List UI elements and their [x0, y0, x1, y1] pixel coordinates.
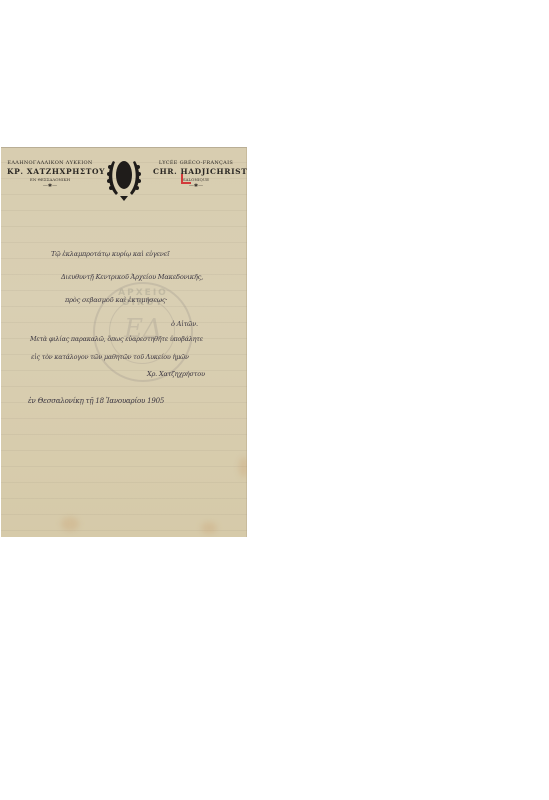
- handwritten-line-3: πρὸς σεβασμοῦ καὶ ἐκτιμήσεως·: [65, 296, 167, 304]
- handwritten-line-4: ὁ Αἰτῶν.: [171, 320, 198, 328]
- paper-stain: [239, 457, 247, 477]
- ornament-icon: —✱—: [153, 183, 239, 190]
- signature: Χρ. Χατζηχρήστου: [147, 370, 205, 378]
- letterhead-greek: ΕΛΛΗΝΟΓΑΛΛΙΚΟΝ ΛΥΚΕΙΟΝ ΚΡ. ΧΑΤΖΗΧΡΗΣΤΟΥ …: [7, 160, 93, 190]
- paper-stain: [201, 522, 217, 534]
- letterhead-french: LYCÉE GRÉCO-FRANÇAIS CHR. HADJICHRISTOU …: [153, 160, 239, 190]
- laurel-wreath-crest-icon: [104, 153, 144, 203]
- red-pencil-mark: [181, 174, 191, 184]
- letterhead-french-line1: LYCÉE GRÉCO-FRANÇAIS: [153, 160, 239, 167]
- date-line: ἐν Θεσσαλονίκῃ τῇ 18 Ἰανουαρίου 1905: [28, 397, 164, 405]
- letter-page: ΕΛΛΗΝΟΓΑΛΛΙΚΟΝ ΛΥΚΕΙΟΝ ΚΡ. ΧΑΤΖΗΧΡΗΣΤΟΥ …: [1, 147, 247, 537]
- letterhead-greek-name: ΚΡ. ΧΑΤΖΗΧΡΗΣΤΟΥ: [7, 167, 93, 177]
- letterhead-french-name: CHR. HADJICHRISTOU: [153, 167, 239, 177]
- ornament-icon: —✱—: [7, 183, 93, 190]
- handwritten-line-6: εἰς τὸν κατάλογον τῶν μαθητῶν τοῦ Λυκείο…: [31, 353, 189, 361]
- handwritten-line-1: Τῷ ἐκλαμπροτάτῳ κυρίῳ καὶ εὐγενεῖ: [51, 250, 169, 258]
- letterhead-greek-line1: ΕΛΛΗΝΟΓΑΛΛΙΚΟΝ ΛΥΚΕΙΟΝ: [7, 160, 93, 167]
- handwritten-line-5: Μετὰ φιλίας παρακαλῶ, ὅπως εὐαρεστηθῆτε …: [30, 335, 203, 343]
- handwritten-line-2: Διευθυντῇ Κεντρικοῦ Ἀρχείου Μακεδονικῆς,: [61, 273, 203, 281]
- paper-stain: [61, 517, 79, 531]
